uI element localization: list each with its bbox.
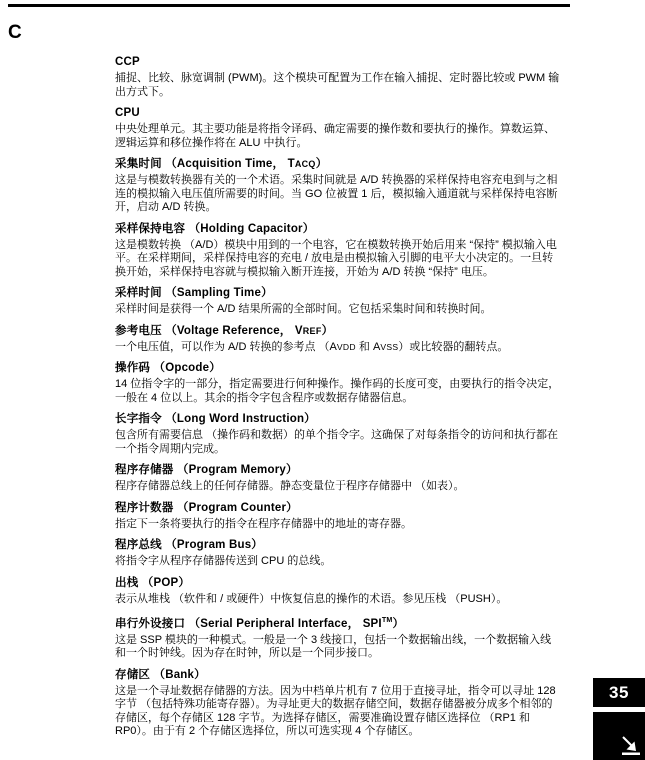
glossary-term: 程序存储器 （Program Memory） bbox=[115, 463, 562, 477]
glossary-term: 程序总线 （Program Bus） bbox=[115, 538, 562, 552]
glossary-entry: CCP 捕捉、比较、脉宽调制 (PWM)。这个模块可配置为工作在输入捕捉、定时器… bbox=[115, 55, 562, 99]
glossary-definition: 这是模数转换 （A/D）模块中用到的一个电容，它在模数转换开始后用来 “保持” … bbox=[115, 239, 562, 280]
glossary-entry: 采样时间 （Sampling Time） 采样时间是获得一个 A/D 结果所需的… bbox=[115, 286, 562, 317]
glossary-entry: 存储区 （Bank） 这是一个寻址数据存储器的方法。因为中档单片机有 7 位用于… bbox=[115, 668, 562, 739]
glossary-term: 采集时间 （Acquisition Time， TACQ） bbox=[115, 157, 562, 171]
page-corner-nav-box bbox=[593, 712, 645, 760]
glossary-entry: 操作码 （Opcode） 14 位指令字的一部分，指定需要进行何种操作。操作码的… bbox=[115, 361, 562, 405]
glossary-term: 采样时间 （Sampling Time） bbox=[115, 286, 562, 300]
glossary-definition: 这是一个寻址数据存储器的方法。因为中档单片机有 7 位用于直接寻址，指令可以寻址… bbox=[115, 685, 562, 739]
glossary-definition: 表示从堆栈 （软件和 / 或硬件）中恢复信息的操作的术语。参见压栈 （PUSH）… bbox=[115, 593, 562, 607]
section-letter-heading: C bbox=[8, 22, 22, 44]
glossary-term: 参考电压 （Voltage Reference， VREF） bbox=[115, 324, 562, 338]
glossary-entry: 采样保持电容 （Holding Capacitor） 这是模数转换 （A/D）模… bbox=[115, 222, 562, 280]
glossary-term: 出栈 （POP） bbox=[115, 576, 562, 590]
glossary-term: CPU bbox=[115, 106, 562, 120]
glossary-definition: 14 位指令字的一部分，指定需要进行何种操作。操作码的长度可变，由要执行的指令决… bbox=[115, 378, 562, 405]
glossary-term: 程序计数器 （Program Counter） bbox=[115, 501, 562, 515]
glossary-definition: 捕捉、比较、脉宽调制 (PWM)。这个模块可配置为工作在输入捕捉、定时器比较或 … bbox=[115, 72, 562, 99]
glossary-entry: 长字指令 （Long Word Instruction） 包含所有需要信息 （操… bbox=[115, 412, 562, 456]
page-number-tab: 35 bbox=[593, 678, 645, 707]
document-page: C CCP 捕捉、比较、脉宽调制 (PWM)。这个模块可配置为工作在输入捕捉、定… bbox=[0, 0, 645, 760]
glossary-term: 长字指令 （Long Word Instruction） bbox=[115, 412, 562, 426]
glossary-term: 存储区 （Bank） bbox=[115, 668, 562, 682]
glossary-definition: 包含所有需要信息 （操作码和数据）的单个指令字。这确保了对每条指令的访问和执行都… bbox=[115, 429, 562, 456]
glossary-entry: 参考电压 （Voltage Reference， VREF） 一个电压值，可以作… bbox=[115, 324, 562, 355]
glossary-entry: 串行外设接口 （Serial Peripheral Interface， SPI… bbox=[115, 613, 562, 661]
glossary-term: CCP bbox=[115, 55, 562, 69]
glossary-definition: 中央处理单元。其主要功能是将指令译码、确定需要的操作数和要执行的操作。算数运算、… bbox=[115, 123, 562, 150]
glossary-term: 串行外设接口 （Serial Peripheral Interface， SPI… bbox=[115, 613, 562, 631]
glossary-definition: 指定下一条将要执行的指令在程序存储器中的地址的寄存器。 bbox=[115, 518, 562, 532]
glossary-definition: 程序存储器总线上的任何存储器。静态变量位于程序存储器中 （如表）。 bbox=[115, 480, 562, 494]
glossary-list: CCP 捕捉、比较、脉宽调制 (PWM)。这个模块可配置为工作在输入捕捉、定时器… bbox=[115, 48, 562, 741]
glossary-entry: 程序计数器 （Program Counter） 指定下一条将要执行的指令在程序存… bbox=[115, 501, 562, 532]
glossary-term: 操作码 （Opcode） bbox=[115, 361, 562, 375]
glossary-definition: 这是 SSP 模块的一种模式。一般是一个 3 线接口，包括一个数据输出线，一个数… bbox=[115, 634, 562, 661]
glossary-definition: 一个电压值，可以作为 A/D 转换的参考点 （AVDD 和 AVSS）或比较器的… bbox=[115, 341, 562, 355]
glossary-term: 采样保持电容 （Holding Capacitor） bbox=[115, 222, 562, 236]
glossary-entry: 程序存储器 （Program Memory） 程序存储器总线上的任何存储器。静态… bbox=[115, 463, 562, 494]
glossary-definition: 这是与模数转换器有关的一个术语。采集时间就是 A/D 转换器的采样保持电容充电到… bbox=[115, 174, 562, 215]
glossary-entry: 出栈 （POP） 表示从堆栈 （软件和 / 或硬件）中恢复信息的操作的术语。参见… bbox=[115, 576, 562, 607]
glossary-entry: 程序总线 （Program Bus） 将指令字从程序存储器传送到 CPU 的总线… bbox=[115, 538, 562, 569]
glossary-entry: CPU 中央处理单元。其主要功能是将指令译码、确定需要的操作数和要执行的操作。算… bbox=[115, 106, 562, 150]
glossary-definition: 将指令字从程序存储器传送到 CPU 的总线。 bbox=[115, 555, 562, 569]
top-rule-divider bbox=[8, 4, 570, 7]
page-number: 35 bbox=[609, 683, 629, 703]
glossary-definition: 采样时间是获得一个 A/D 结果所需的全部时间。它包括采集时间和转换时间。 bbox=[115, 303, 562, 317]
glossary-entry: 采集时间 （Acquisition Time， TACQ） 这是与模数转换器有关… bbox=[115, 157, 562, 215]
